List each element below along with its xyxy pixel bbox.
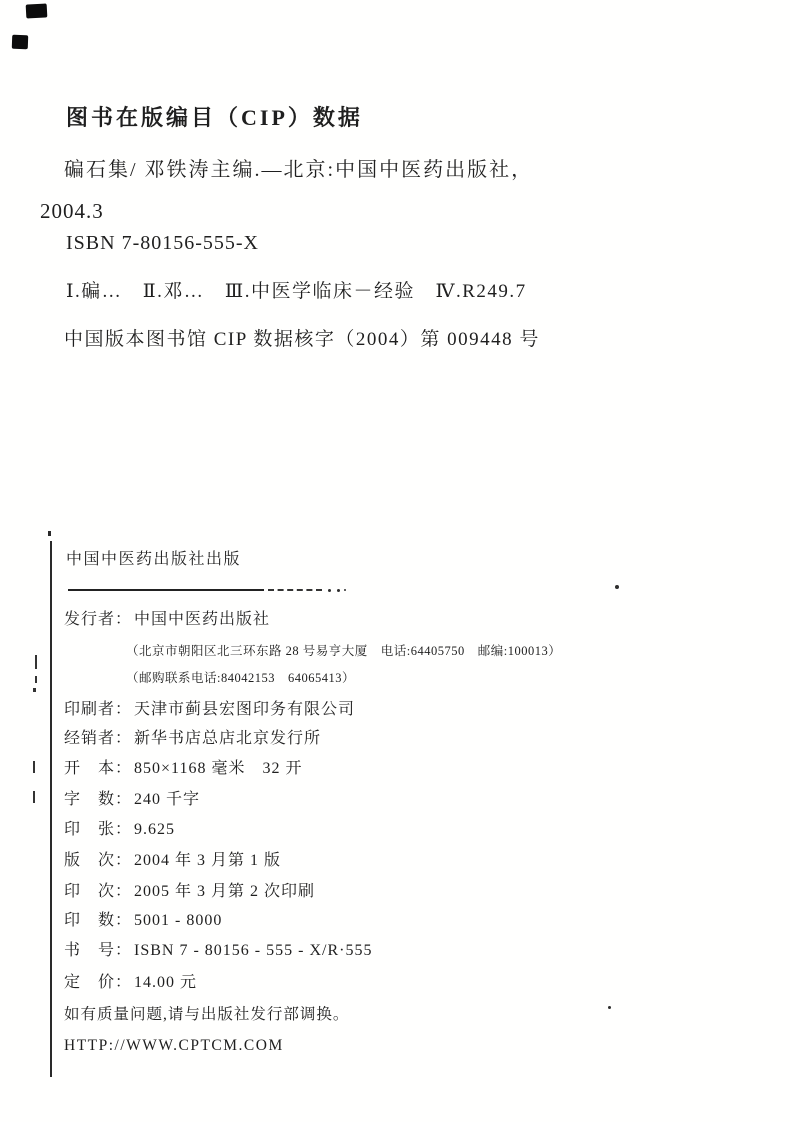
row-label: 发行者： [64,611,132,628]
left-rule-line [50,541,52,1077]
isbn-line: ISBN 7-80156-555-X [66,231,259,256]
cip-registry-number: 中国版本图书馆 CIP 数据核字（2004）第 009448 号 [64,328,540,352]
row-label: 版 次： [64,852,132,869]
row-value: 14.00 元 [134,974,197,991]
colophon-row-distributor: 发行者：中国中医药出版社 [64,610,270,630]
row-value: 2005 年 3 月第 2 次印刷 [134,883,315,900]
row-label: 字 数： [64,791,132,808]
colophon-row-price: 定 价：14.00 元 [64,973,197,993]
divider-line [68,589,264,591]
divider-line-dashed [268,589,322,591]
row-label: 印 次： [64,883,132,900]
row-value: 中国中医药出版社 [134,611,270,628]
row-value: 新华书店总店北京发行所 [134,730,321,747]
scan-artifact [35,655,37,669]
scan-artifact [33,688,36,692]
cip-classification: Ⅰ.碥… Ⅱ.邓… Ⅲ.中医学临床－经验 Ⅳ.R249.7 [66,280,527,304]
scanned-copyright-page: 图书在版编目（CIP）数据 碥石集/ 邓铁涛主编.—北京:中国中医药出版社， 2… [0,0,790,1122]
colophon-row-sheets: 印 张：9.625 [64,820,175,840]
publication-year: 2004.3 [40,198,104,224]
publisher-website: HTTP://WWW.CPTCM.COM [64,1036,284,1055]
ink-speck [608,1006,611,1009]
row-value: （北京市朝阳区北三环东路 28 号易亨大厦 电话:64405750 邮编:100… [126,644,561,658]
colophon-row-format: 开 本：850×1168 毫米 32 开 [64,759,302,779]
colophon-row-wordcount: 字 数：240 千字 [64,790,200,810]
scan-artifact [33,761,35,773]
publisher-imprint-line: 中国中医药出版社出版 [66,550,241,570]
colophon-row-printrun: 印 数：5001 - 8000 [64,911,222,931]
row-label: 印刷者： [64,701,132,718]
divider-dot [344,589,346,591]
colophon-row-seller: 经销者：新华书店总店北京发行所 [64,729,321,749]
row-label: 印 张： [64,821,132,838]
row-value: 5001 - 8000 [134,912,222,929]
colophon-row-printing: 印 次：2005 年 3 月第 2 次印刷 [64,882,315,902]
scan-artifact [33,791,35,803]
left-rule-dot [48,531,51,536]
colophon-row-edition: 版 次：2004 年 3 月第 1 版 [64,851,281,871]
row-label: 经销者： [64,730,132,747]
row-value: 240 千字 [134,791,200,808]
book-title-line: 碥石集/ 邓铁涛主编.—北京:中国中医药出版社， [64,158,533,183]
row-value: 9.625 [134,821,175,838]
row-value: 850×1168 毫米 32 开 [134,760,302,777]
colophon-row-booknumber: 书 号：ISBN 7 - 80156 - 555 - X/R·555 [64,941,372,961]
row-label: 印 数： [64,912,132,929]
divider-dot [337,589,340,592]
row-value: （邮购联系电话:84042153 64065413） [126,671,355,685]
colophon-row-printer: 印刷者：天津市蓟县宏图印务有限公司 [64,700,355,720]
ink-mark [26,3,48,18]
row-label: 定 价： [64,974,132,991]
ink-mark [12,35,28,50]
divider-dot [328,589,331,592]
ink-speck [615,585,619,589]
row-label: 开 本： [64,760,132,777]
scan-artifact [35,676,37,683]
quality-notice: 如有质量问题,请与出版社发行部调换。 [64,1005,349,1024]
row-value: 2004 年 3 月第 1 版 [134,852,281,869]
row-value: ISBN 7 - 80156 - 555 - X/R·555 [134,942,372,959]
row-label: 书 号： [64,942,132,959]
colophon-row-mailorder-phone: （邮购联系电话:84042153 64065413） [126,671,355,687]
colophon-row-address: （北京市朝阳区北三环东路 28 号易亨大厦 电话:64405750 邮编:100… [126,644,561,660]
row-value: 天津市蓟县宏图印务有限公司 [134,701,355,718]
cip-heading: 图书在版编目（CIP）数据 [66,104,363,132]
